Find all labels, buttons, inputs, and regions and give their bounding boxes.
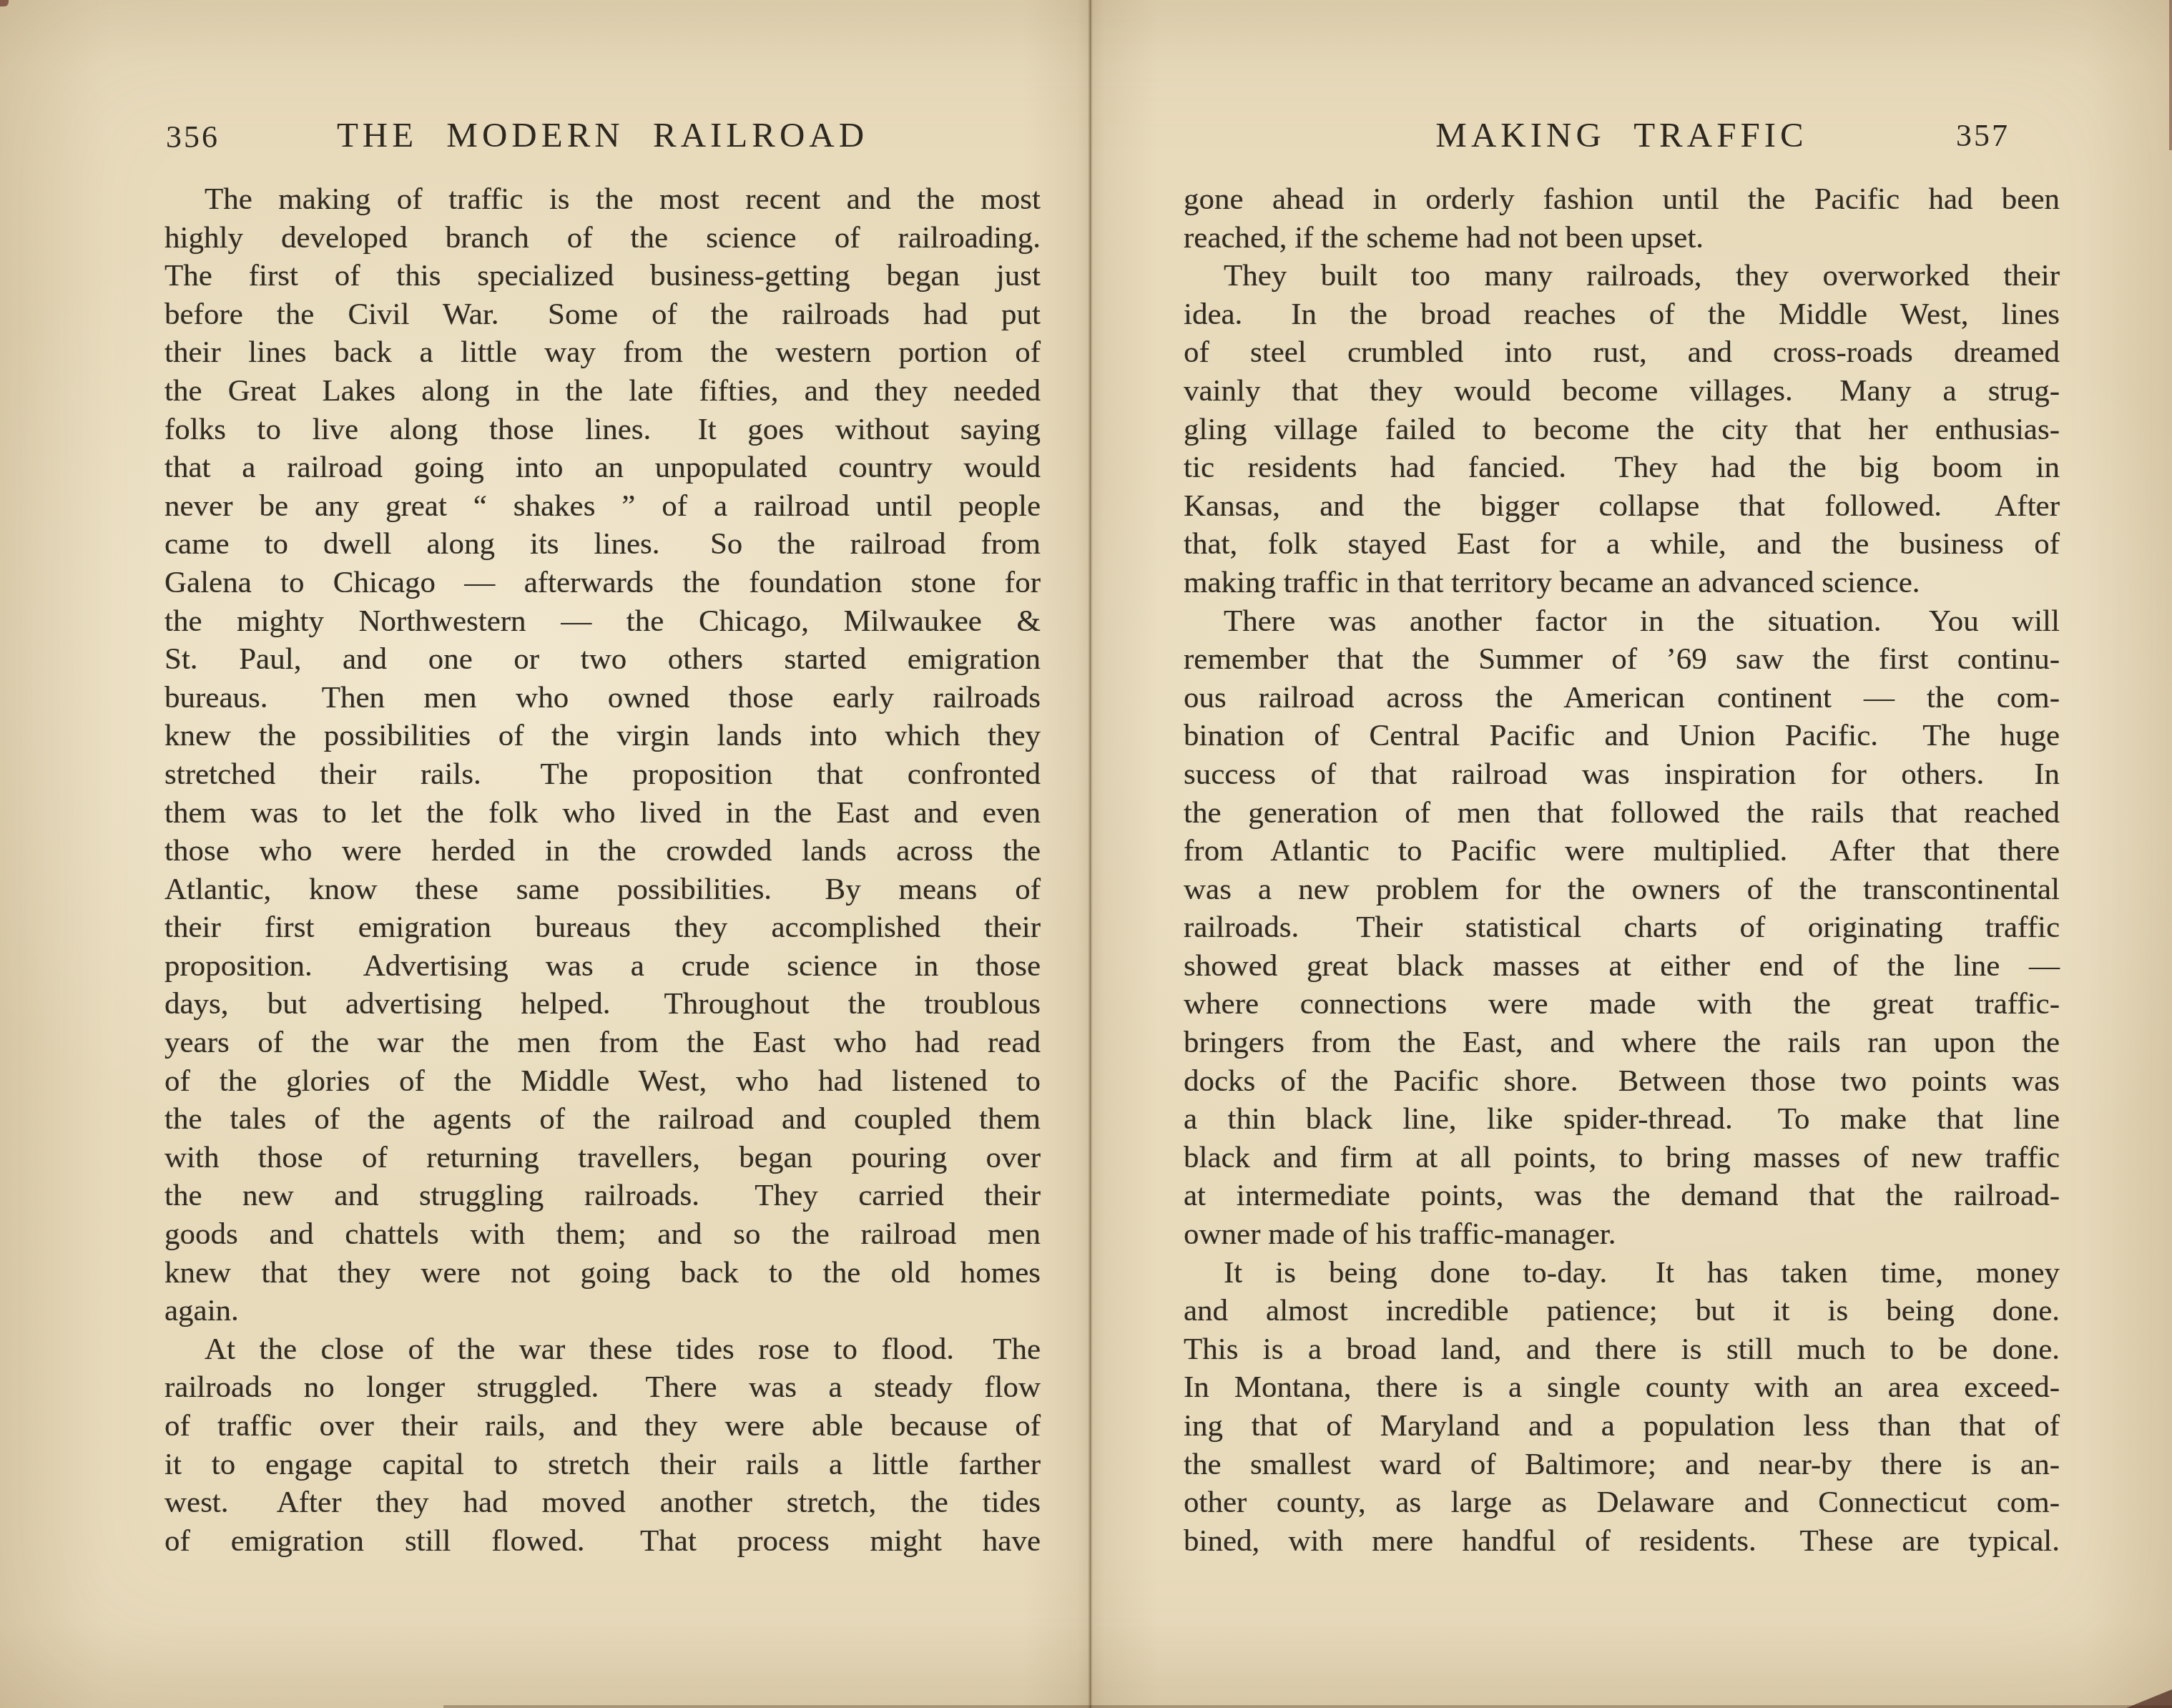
- text-line: gone ahead in orderly fashion until the …: [1184, 180, 2060, 219]
- text-line: bination of Central Pacific and Union Pa…: [1184, 717, 2060, 755]
- text-line: proposition. Advertising was a crude sci…: [164, 947, 1041, 986]
- text-line: that a railroad going into an unpopulate…: [164, 448, 1041, 487]
- text-line: days, but advertising helped. Throughout…: [164, 985, 1041, 1024]
- text-line: and almost incredible patience; but it i…: [1184, 1292, 2060, 1330]
- text-line: knew the possibilities of the virgin lan…: [164, 717, 1041, 755]
- text-line: of the glories of the Middle West, who h…: [164, 1062, 1041, 1101]
- text-line: Atlantic, know these same possibilities.…: [164, 870, 1041, 909]
- text-line: it to engage capital to stretch their ra…: [164, 1446, 1041, 1484]
- text-line: railroads no longer struggled. There was…: [164, 1368, 1041, 1407]
- text-line: at intermediate points, was the demand t…: [1184, 1177, 2060, 1215]
- text-line: the generation of men that followed the …: [1184, 794, 2060, 833]
- scan-artifact-top-left: [0, 0, 9, 6]
- text-line: a thin black line, like spider-thread. T…: [1184, 1100, 2060, 1139]
- text-line: In Montana, there is a single county wit…: [1184, 1368, 2060, 1407]
- text-line: those who were herded in the crowded lan…: [164, 832, 1041, 870]
- text-line: tic residents had fancied. They had the …: [1184, 448, 2060, 487]
- text-line: the mighty Northwestern — the Chicago, M…: [164, 602, 1041, 641]
- text-line: where connections were made with the gre…: [1184, 985, 2060, 1024]
- text-line: bined, with mere handful of residents. T…: [1184, 1522, 2060, 1561]
- text-line: vainly that they would become villages. …: [1184, 372, 2060, 411]
- text-line: bringers from the East, and where the ra…: [1184, 1024, 2060, 1062]
- text-line: St. Paul, and one or two others started …: [164, 640, 1041, 679]
- page-left: 356 THE MODERN RAILROAD The making of tr…: [164, 0, 1041, 1708]
- text-line: The first of this specialized business-g…: [164, 257, 1041, 295]
- text-line: of steel crumbled into rust, and cross-r…: [1184, 333, 2060, 372]
- text-line: with those of returning travellers, bega…: [164, 1139, 1041, 1177]
- page-text-right: gone ahead in orderly fashion until the …: [1184, 180, 2060, 1560]
- text-line: making traffic in that territory became …: [1184, 564, 2060, 602]
- text-line: the new and struggling railroads. They c…: [164, 1177, 1041, 1215]
- text-line: The making of traffic is the most recent…: [164, 180, 1041, 219]
- running-header-right: MAKING TRAFFIC: [1435, 114, 1807, 155]
- text-line: stretched their rails. The proposition t…: [164, 755, 1041, 794]
- text-line: never be any great “ shakes ” of a railr…: [164, 487, 1041, 526]
- page-number-right: 357: [1956, 117, 2010, 154]
- text-line: was a new problem for the owners of the …: [1184, 870, 2060, 909]
- text-line: reached, if the scheme had not been upse…: [1184, 219, 2060, 257]
- text-line: They built too many railroads, they over…: [1184, 257, 2060, 295]
- text-line: idea. In the broad reaches of the Middle…: [1184, 295, 2060, 334]
- text-line: the smallest ward of Baltimore; and near…: [1184, 1446, 2060, 1484]
- page-number-left: 356: [166, 119, 220, 155]
- page-header-right: MAKING TRAFFIC 357: [1184, 114, 2060, 160]
- text-line: owner made of his traffic-manager.: [1184, 1215, 2060, 1254]
- text-line: remember that the Summer of ’69 saw the …: [1184, 640, 2060, 679]
- text-line: years of the war the men from the East w…: [164, 1024, 1041, 1062]
- text-line: before the Civil War. Some of the railro…: [164, 295, 1041, 334]
- text-line: gling village failed to become the city …: [1184, 411, 2060, 449]
- text-line: of traffic over their rails, and they we…: [164, 1407, 1041, 1446]
- text-line: came to dwell along its lines. So the ra…: [164, 525, 1041, 564]
- text-line: again.: [164, 1292, 1041, 1330]
- running-header-left: THE MODERN RAILROAD: [337, 114, 868, 155]
- page-right: MAKING TRAFFIC 357 gone ahead in orderly…: [1184, 0, 2060, 1708]
- text-line: of emigration still flowed. That process…: [164, 1522, 1041, 1561]
- text-line: success of that railroad was inspiration…: [1184, 755, 2060, 794]
- text-line: showed great black masses at either end …: [1184, 947, 2060, 986]
- text-line: other county, as large as Delaware and C…: [1184, 1483, 2060, 1522]
- text-line: docks of the Pacific shore. Between thos…: [1184, 1062, 2060, 1101]
- text-line: from Atlantic to Pacific were multiplied…: [1184, 832, 2060, 870]
- text-line: At the close of the war these tides rose…: [164, 1330, 1041, 1369]
- text-line: Kansas, and the bigger collapse that fol…: [1184, 487, 2060, 526]
- scan-artifact-bottom-right: [2126, 1689, 2172, 1708]
- scan-artifact-right-edge: [2169, 0, 2172, 150]
- text-line: ing that of Maryland and a population le…: [1184, 1407, 2060, 1446]
- text-line: black and firm at all points, to bring m…: [1184, 1139, 2060, 1177]
- text-line: goods and chattels with them; and so the…: [164, 1215, 1041, 1254]
- text-line: knew that they were not going back to th…: [164, 1254, 1041, 1292]
- page-gutter-crease: [1088, 0, 1093, 1708]
- page-header-left: 356 THE MODERN RAILROAD: [164, 114, 1041, 160]
- text-line: It is being done to-day. It has taken ti…: [1184, 1254, 2060, 1292]
- text-line: their lines back a little way from the w…: [164, 333, 1041, 372]
- text-line: that, folk stayed East for a while, and …: [1184, 525, 2060, 564]
- text-line: folks to live along those lines. It goes…: [164, 411, 1041, 449]
- text-line: ous railroad across the American contine…: [1184, 679, 2060, 717]
- text-line: them was to let the folk who lived in th…: [164, 794, 1041, 833]
- text-line: the tales of the agents of the railroad …: [164, 1100, 1041, 1139]
- text-line: Galena to Chicago — afterwards the found…: [164, 564, 1041, 602]
- text-line: their first emigration bureaus they acco…: [164, 908, 1041, 947]
- text-line: railroads. Their statistical charts of o…: [1184, 908, 2060, 947]
- text-line: There was another factor in the situatio…: [1184, 602, 2060, 641]
- book-spread: 356 THE MODERN RAILROAD The making of tr…: [0, 0, 2172, 1708]
- text-line: highly developed branch of the science o…: [164, 219, 1041, 257]
- text-line: This is a broad land, and there is still…: [1184, 1330, 2060, 1369]
- page-text-left: The making of traffic is the most recent…: [164, 180, 1041, 1560]
- text-line: west. After they had moved another stret…: [164, 1483, 1041, 1522]
- text-line: the Great Lakes along in the late fiftie…: [164, 372, 1041, 411]
- text-line: bureaus. Then men who owned those early …: [164, 679, 1041, 717]
